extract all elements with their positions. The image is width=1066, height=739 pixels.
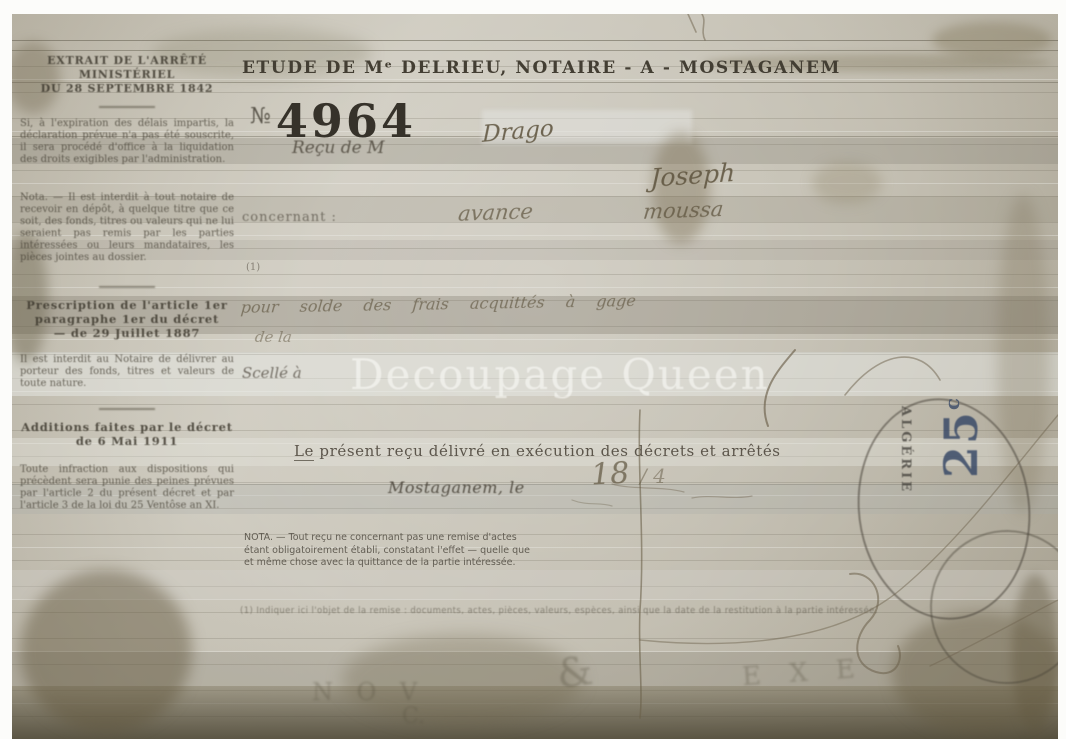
pen-loop bbox=[850, 574, 900, 674]
scanned-document-screenshot: { "watermark": "Decoupage Queen", "margi… bbox=[0, 0, 1066, 739]
pen-sweep bbox=[640, 415, 1058, 643]
pen-scribble bbox=[572, 500, 612, 506]
ink-flourishes bbox=[12, 14, 1058, 739]
pen-diagonal bbox=[930, 600, 1058, 666]
pen-top-mark bbox=[688, 14, 705, 40]
pen-vertical-line bbox=[639, 410, 641, 718]
pen-curve bbox=[845, 357, 940, 395]
pen-scribble bbox=[612, 484, 752, 498]
pen-curve bbox=[765, 350, 795, 426]
aged-receipt-paper: EXTRAIT DE L'ARRÊTÉ MINISTÉRIEL DU 28 SE… bbox=[12, 14, 1058, 739]
